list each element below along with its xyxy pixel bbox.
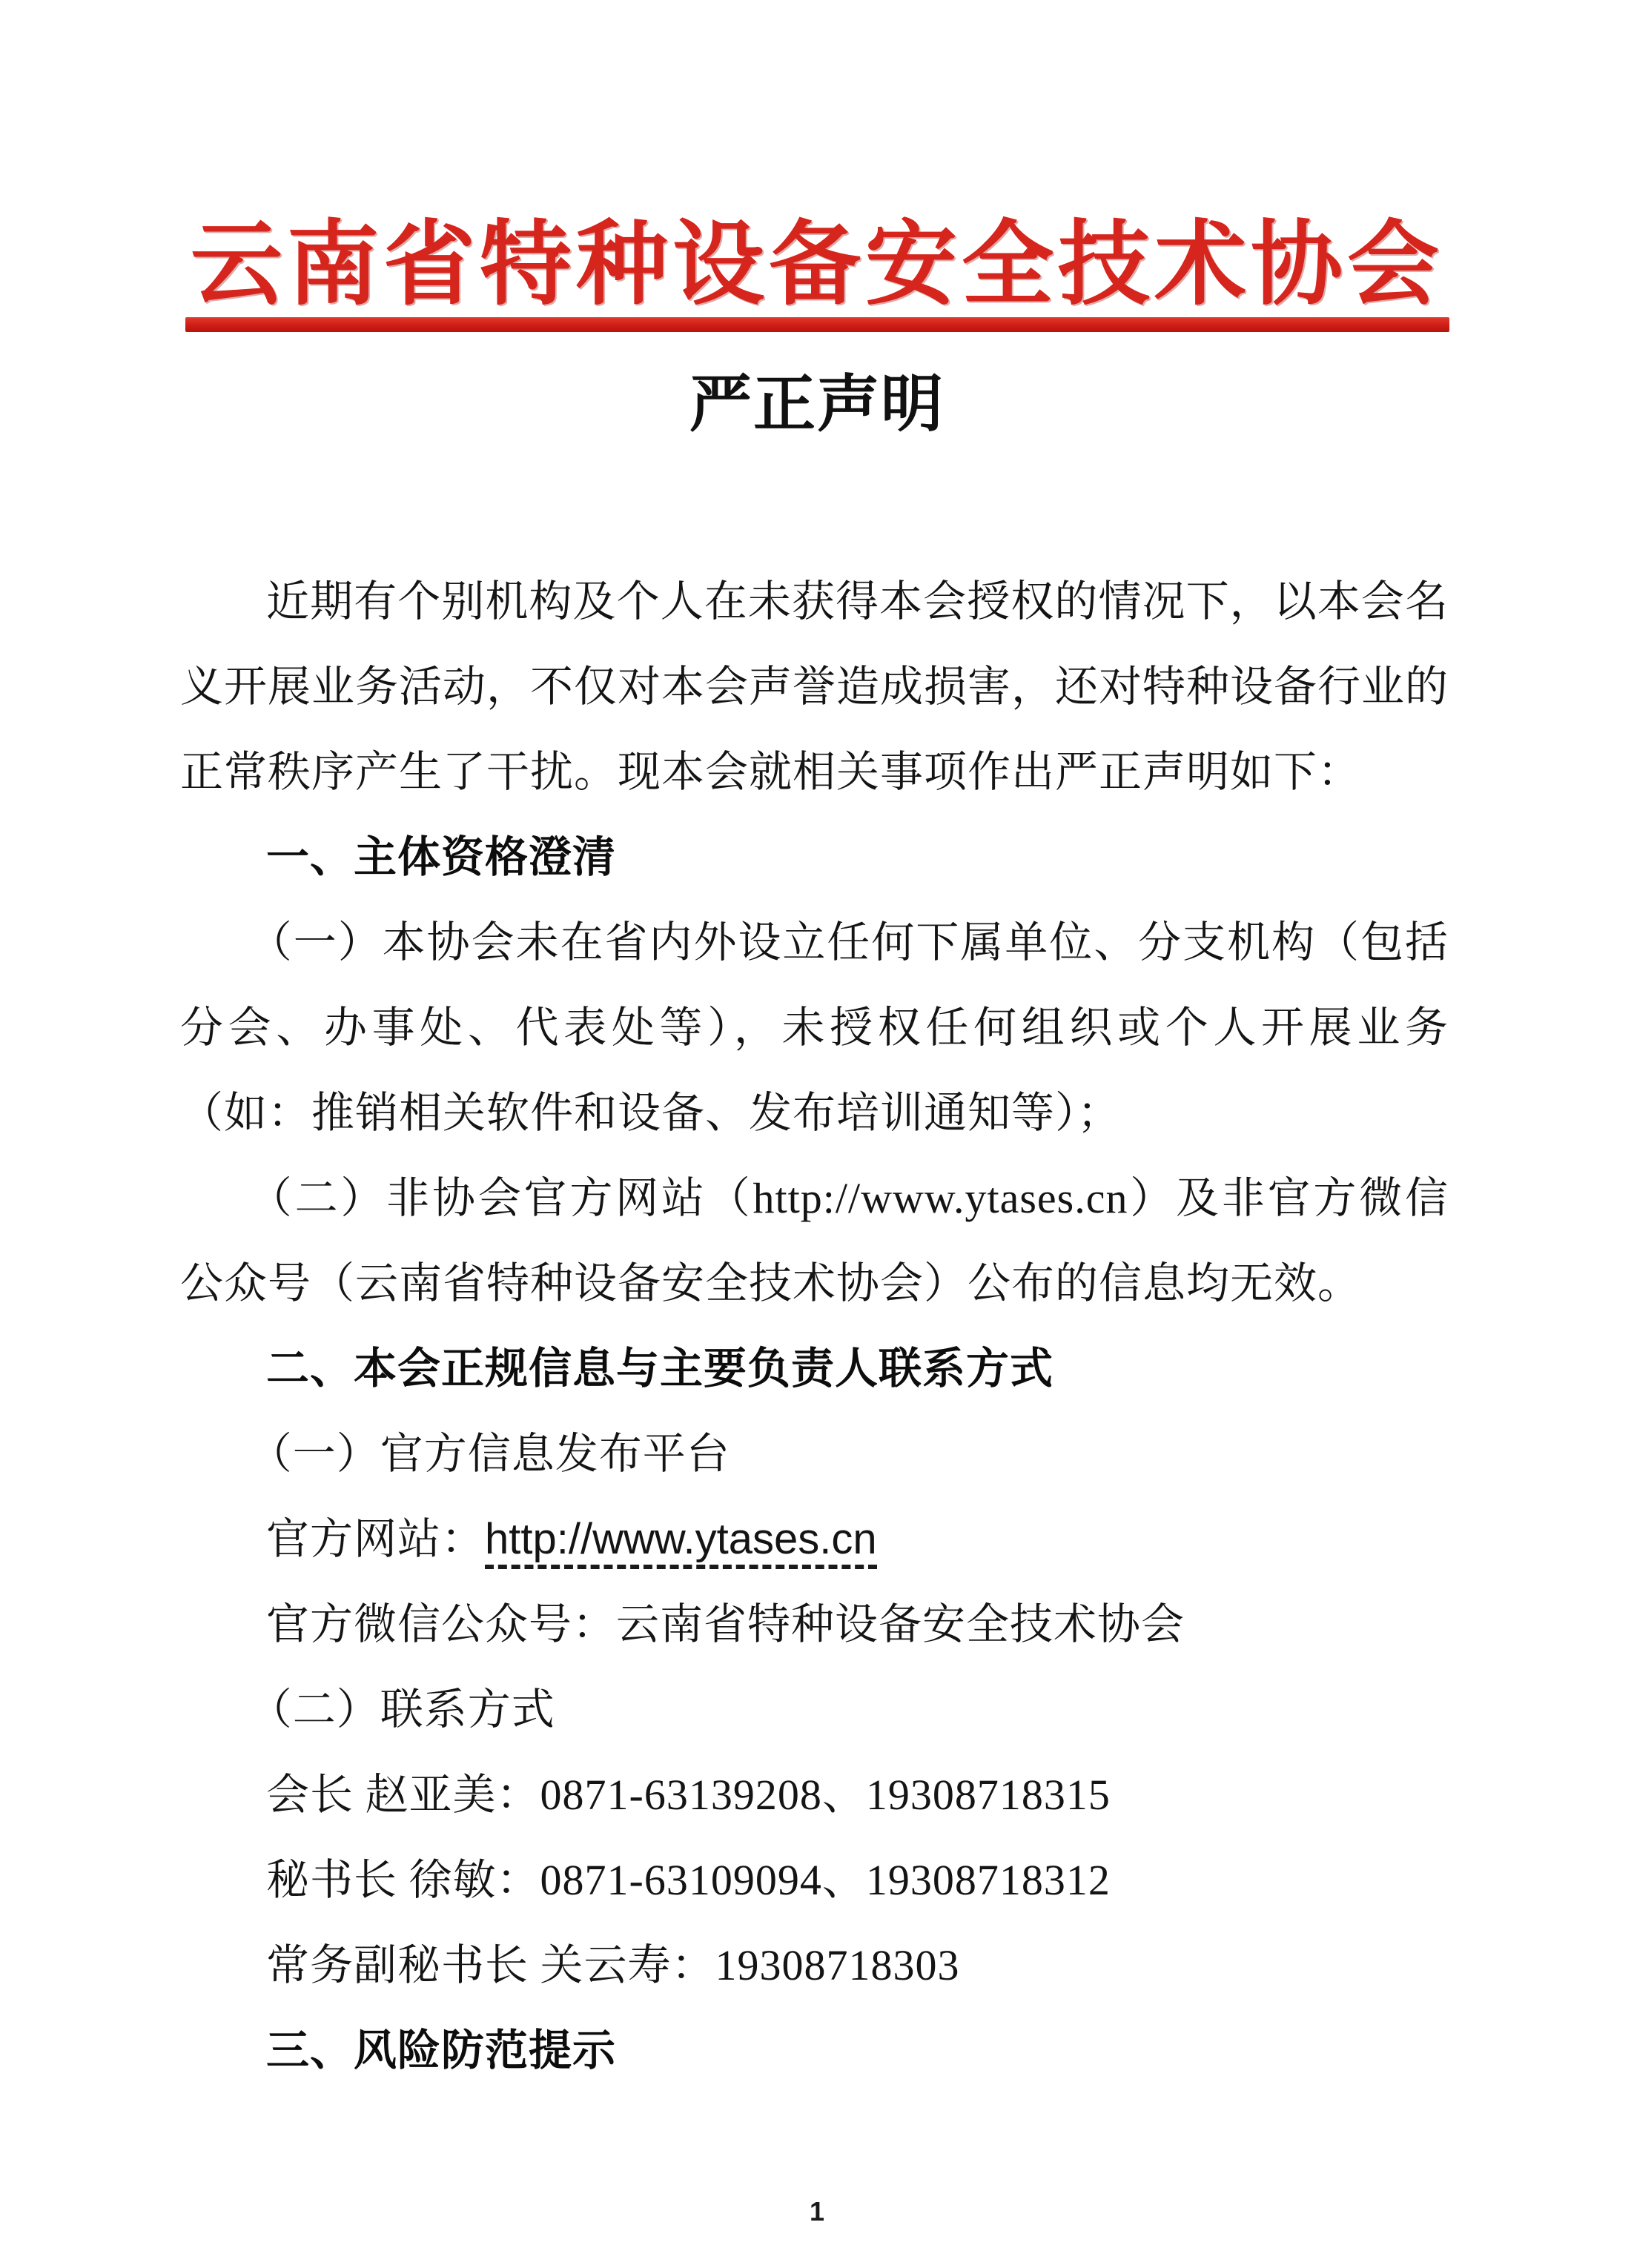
section-1-clause-2: （二）非协会官方网站（http://www.ytases.cn）及非官方微信公众… [180, 1155, 1449, 1326]
contact-deputy-secretary-line: 常务副秘书长 关云寿：19308718303 [180, 1923, 1449, 2008]
page-number: 1 [0, 2197, 1634, 2226]
document-body: 近期有个别机构及个人在未获得本会授权的情况下，以本会名义开展业务活动，不仅对本会… [180, 559, 1449, 2093]
section-1-heading: 一、主体资格澄清 [180, 815, 1449, 900]
official-website-line: 官方网站：http://www.ytases.cn [180, 1496, 1449, 1582]
section-2-heading: 二、本会正规信息与主要负责人联系方式 [180, 1326, 1449, 1411]
letterhead: 云南省特种设备安全技术协会 严正声明 [0, 0, 1634, 437]
wechat-account-line: 官方微信公众号：云南省特种设备安全技术协会 [180, 1582, 1449, 1667]
contact-secretary-general-line: 秘书长 徐敏：0871-63109094、19308718312 [180, 1837, 1449, 1923]
title-underline-rule [185, 317, 1449, 332]
section-2-sub-1-heading: （一）官方信息发布平台 [180, 1411, 1449, 1496]
document-page: 云南省特种设备安全技术协会 严正声明 近期有个别机构及个人在未获得本会授权的情况… [0, 0, 1634, 2268]
official-website-url: http://www.ytases.cn [485, 1515, 877, 1569]
section-1-clause-1: （一）本协会未在省内外设立任何下属单位、分支机构（包括分会、办事处、代表处等），… [180, 900, 1449, 1155]
document-title: 严正声明 [0, 374, 1634, 437]
contact-president-line: 会长 赵亚美：0871-63139208、19308718315 [180, 1752, 1449, 1837]
intro-paragraph: 近期有个别机构及个人在未获得本会授权的情况下，以本会名义开展业务活动，不仅对本会… [180, 559, 1449, 815]
section-3-heading: 三、风险防范提示 [180, 2008, 1449, 2093]
org-name-title: 云南省特种设备安全技术协会 [0, 219, 1634, 311]
section-2-sub-2-heading: （二）联系方式 [180, 1667, 1449, 1752]
official-website-label: 官方网站： [266, 1515, 485, 1563]
